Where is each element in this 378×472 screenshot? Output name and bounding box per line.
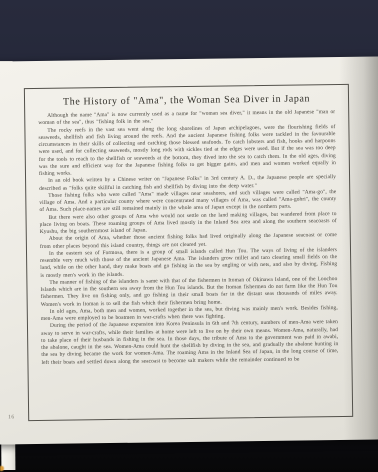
paragraph: The manner of fishing of the islanders i…: [40, 276, 337, 309]
page-number: 16: [8, 414, 15, 420]
paragraph: During the period of the Japanese expans…: [41, 319, 339, 366]
photo-of-book-page: The History of "Ama", the Woman Sea Dive…: [0, 0, 378, 472]
text-frame: The History of "Ama", the Woman Sea Dive…: [24, 84, 353, 421]
paragraph: The rocky reefs in the vast sea went alo…: [38, 124, 336, 179]
page-title: The History of "Ama", the Woman Sea Dive…: [38, 93, 335, 108]
book-page: The History of "Ama", the Woman Sea Dive…: [0, 56, 378, 444]
dust-speck: [0, 466, 4, 471]
paragraph: In the eastern sea of Formosa, there is …: [40, 247, 337, 280]
